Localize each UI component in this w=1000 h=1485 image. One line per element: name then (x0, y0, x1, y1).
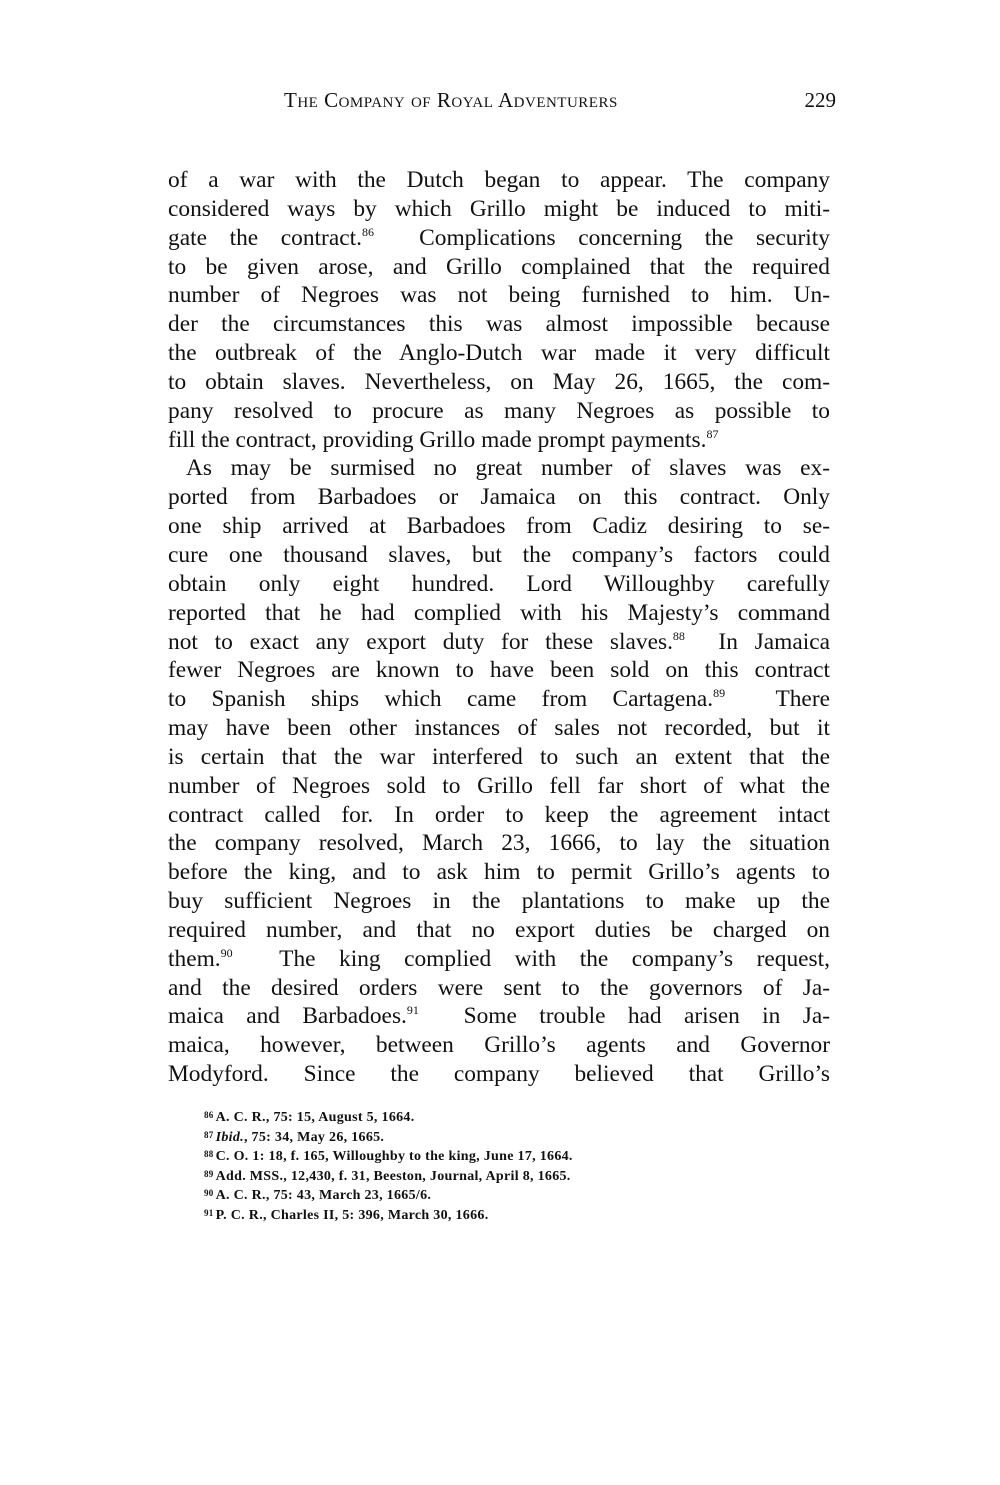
footnote-text: P. C. R., Charles II, 5: 396, March 30, … (216, 1208, 489, 1223)
text-segment: maica and Barbadoes. (168, 1003, 407, 1029)
footnote-ref[interactable]: 86 (362, 225, 374, 239)
text-line: maica and Barbadoes.91 Some trouble had … (168, 1002, 830, 1031)
text-line: cure one thousand slaves, but the compan… (168, 541, 830, 570)
text-segment: In Jamaica (685, 629, 830, 655)
footnote-text: , 75: 34, May 26, 1665. (244, 1130, 384, 1145)
text-line: obtain only eight hundred. Lord Willough… (168, 570, 830, 599)
footnote-number: 89 (204, 1169, 214, 1179)
text-line: fill the contract, providing Grillo made… (168, 426, 830, 455)
text-line: one ship arrived at Barbadoes from Cadiz… (168, 512, 830, 541)
footnote-ref[interactable]: 89 (713, 686, 725, 700)
footnote: 91P. C. R., Charles II, 5: 396, March 30… (204, 1204, 764, 1224)
footnote: 89Add. MSS., 12,430, f. 31, Beeston, Jou… (204, 1165, 764, 1185)
footnote: 87Ibid., 75: 34, May 26, 1665. (204, 1126, 764, 1146)
footnote-number: 87 (204, 1130, 214, 1140)
text-line: to obtain slaves. Nevertheless, on May 2… (168, 368, 830, 397)
text-segment: There (725, 686, 830, 712)
footnote: 88C. O. 1: 18, f. 165, Willoughby to the… (204, 1145, 764, 1165)
footnote-italic: Ibid. (216, 1130, 244, 1145)
text-line: ported from Barbadoes or Jamaica on this… (168, 483, 830, 512)
footnote-ref[interactable]: 91 (407, 1003, 419, 1017)
text-segment: them. (168, 946, 221, 972)
text-line: der the circumstances this was almost im… (168, 310, 830, 339)
footnote: 86A. C. R., 75: 15, August 5, 1664. (204, 1106, 764, 1126)
page-number: 229 (805, 88, 837, 113)
text-segment: Some trouble had arisen in Ja- (419, 1003, 830, 1029)
text-line: the outbreak of the Anglo-Dutch war made… (168, 339, 830, 368)
text-line: before the king, and to ask him to permi… (168, 858, 830, 887)
text-line: to Spanish ships which came from Cartage… (168, 685, 830, 714)
footnote-text: A. C. R., 75: 15, August 5, 1664. (216, 1110, 415, 1125)
body-text: of a war with the Dutch began to appear.… (168, 166, 830, 1089)
text-line: number of Negroes sold to Grillo fell fa… (168, 772, 830, 801)
text-line: Modyford. Since the company believed tha… (168, 1060, 830, 1089)
text-line: them.90 The king complied with the compa… (168, 945, 830, 974)
text-line: of a war with the Dutch began to appear.… (168, 166, 830, 195)
text-line: pany resolved to procure as many Negroes… (168, 397, 830, 426)
text-line: maica, however, between Grillo’s agents … (168, 1031, 830, 1060)
footnote-number: 86 (204, 1110, 214, 1120)
footnote-ref[interactable]: 87 (707, 427, 719, 441)
footnote-number: 91 (204, 1208, 214, 1218)
text-line: and the desired orders were sent to the … (168, 974, 830, 1003)
text-line: required number, and that no export duti… (168, 916, 830, 945)
text-line: reported that he had complied with his M… (168, 599, 830, 628)
text-segment: to Spanish ships which came from Cartage… (168, 686, 713, 712)
text-line: the company resolved, March 23, 1666, to… (168, 829, 830, 858)
text-line: may have been other instances of sales n… (168, 714, 830, 743)
footnote-text: A. C. R., 75: 43, March 23, 1665/6. (216, 1188, 432, 1203)
footnote-number: 90 (204, 1188, 214, 1198)
text-line: buy sufficient Negroes in the plantation… (168, 887, 830, 916)
footnotes: 86A. C. R., 75: 15, August 5, 1664. 87Ib… (204, 1106, 764, 1223)
running-head: The Company of Royal Adventurers (284, 88, 618, 113)
text-line: fewer Negroes are known to have been sol… (168, 656, 830, 685)
footnote: 90A. C. R., 75: 43, March 23, 1665/6. (204, 1184, 764, 1204)
text-line: is certain that the war interfered to su… (168, 743, 830, 772)
footnote-number: 88 (204, 1149, 214, 1159)
text-segment: The king complied with the company’s req… (233, 946, 830, 972)
text-line: number of Negroes was not being furnishe… (168, 281, 830, 310)
text-segment: Complications concerning the security (374, 225, 830, 251)
text-segment: gate the contract. (168, 225, 362, 251)
text-line: gate the contract.86 Complications conce… (168, 224, 830, 253)
footnote-text: C. O. 1: 18, f. 165, Willoughby to the k… (216, 1149, 573, 1164)
text-line: not to exact any export duty for these s… (168, 628, 830, 657)
paragraph-start-line: As may be surmised no great number of sl… (168, 454, 830, 483)
footnote-ref[interactable]: 90 (221, 946, 233, 960)
text-segment: fill the contract, providing Grillo made… (168, 427, 707, 453)
page-header: The Company of Royal Adventurers 229 (284, 88, 836, 118)
text-line: considered ways by which Grillo might be… (168, 195, 830, 224)
text-segment: not to exact any export duty for these s… (168, 629, 673, 655)
text-line: contract called for. In order to keep th… (168, 801, 830, 830)
footnote-ref[interactable]: 88 (673, 629, 685, 643)
text-line: to be given arose, and Grillo complained… (168, 253, 830, 282)
footnote-text: Add. MSS., 12,430, f. 31, Beeston, Journ… (216, 1169, 571, 1184)
